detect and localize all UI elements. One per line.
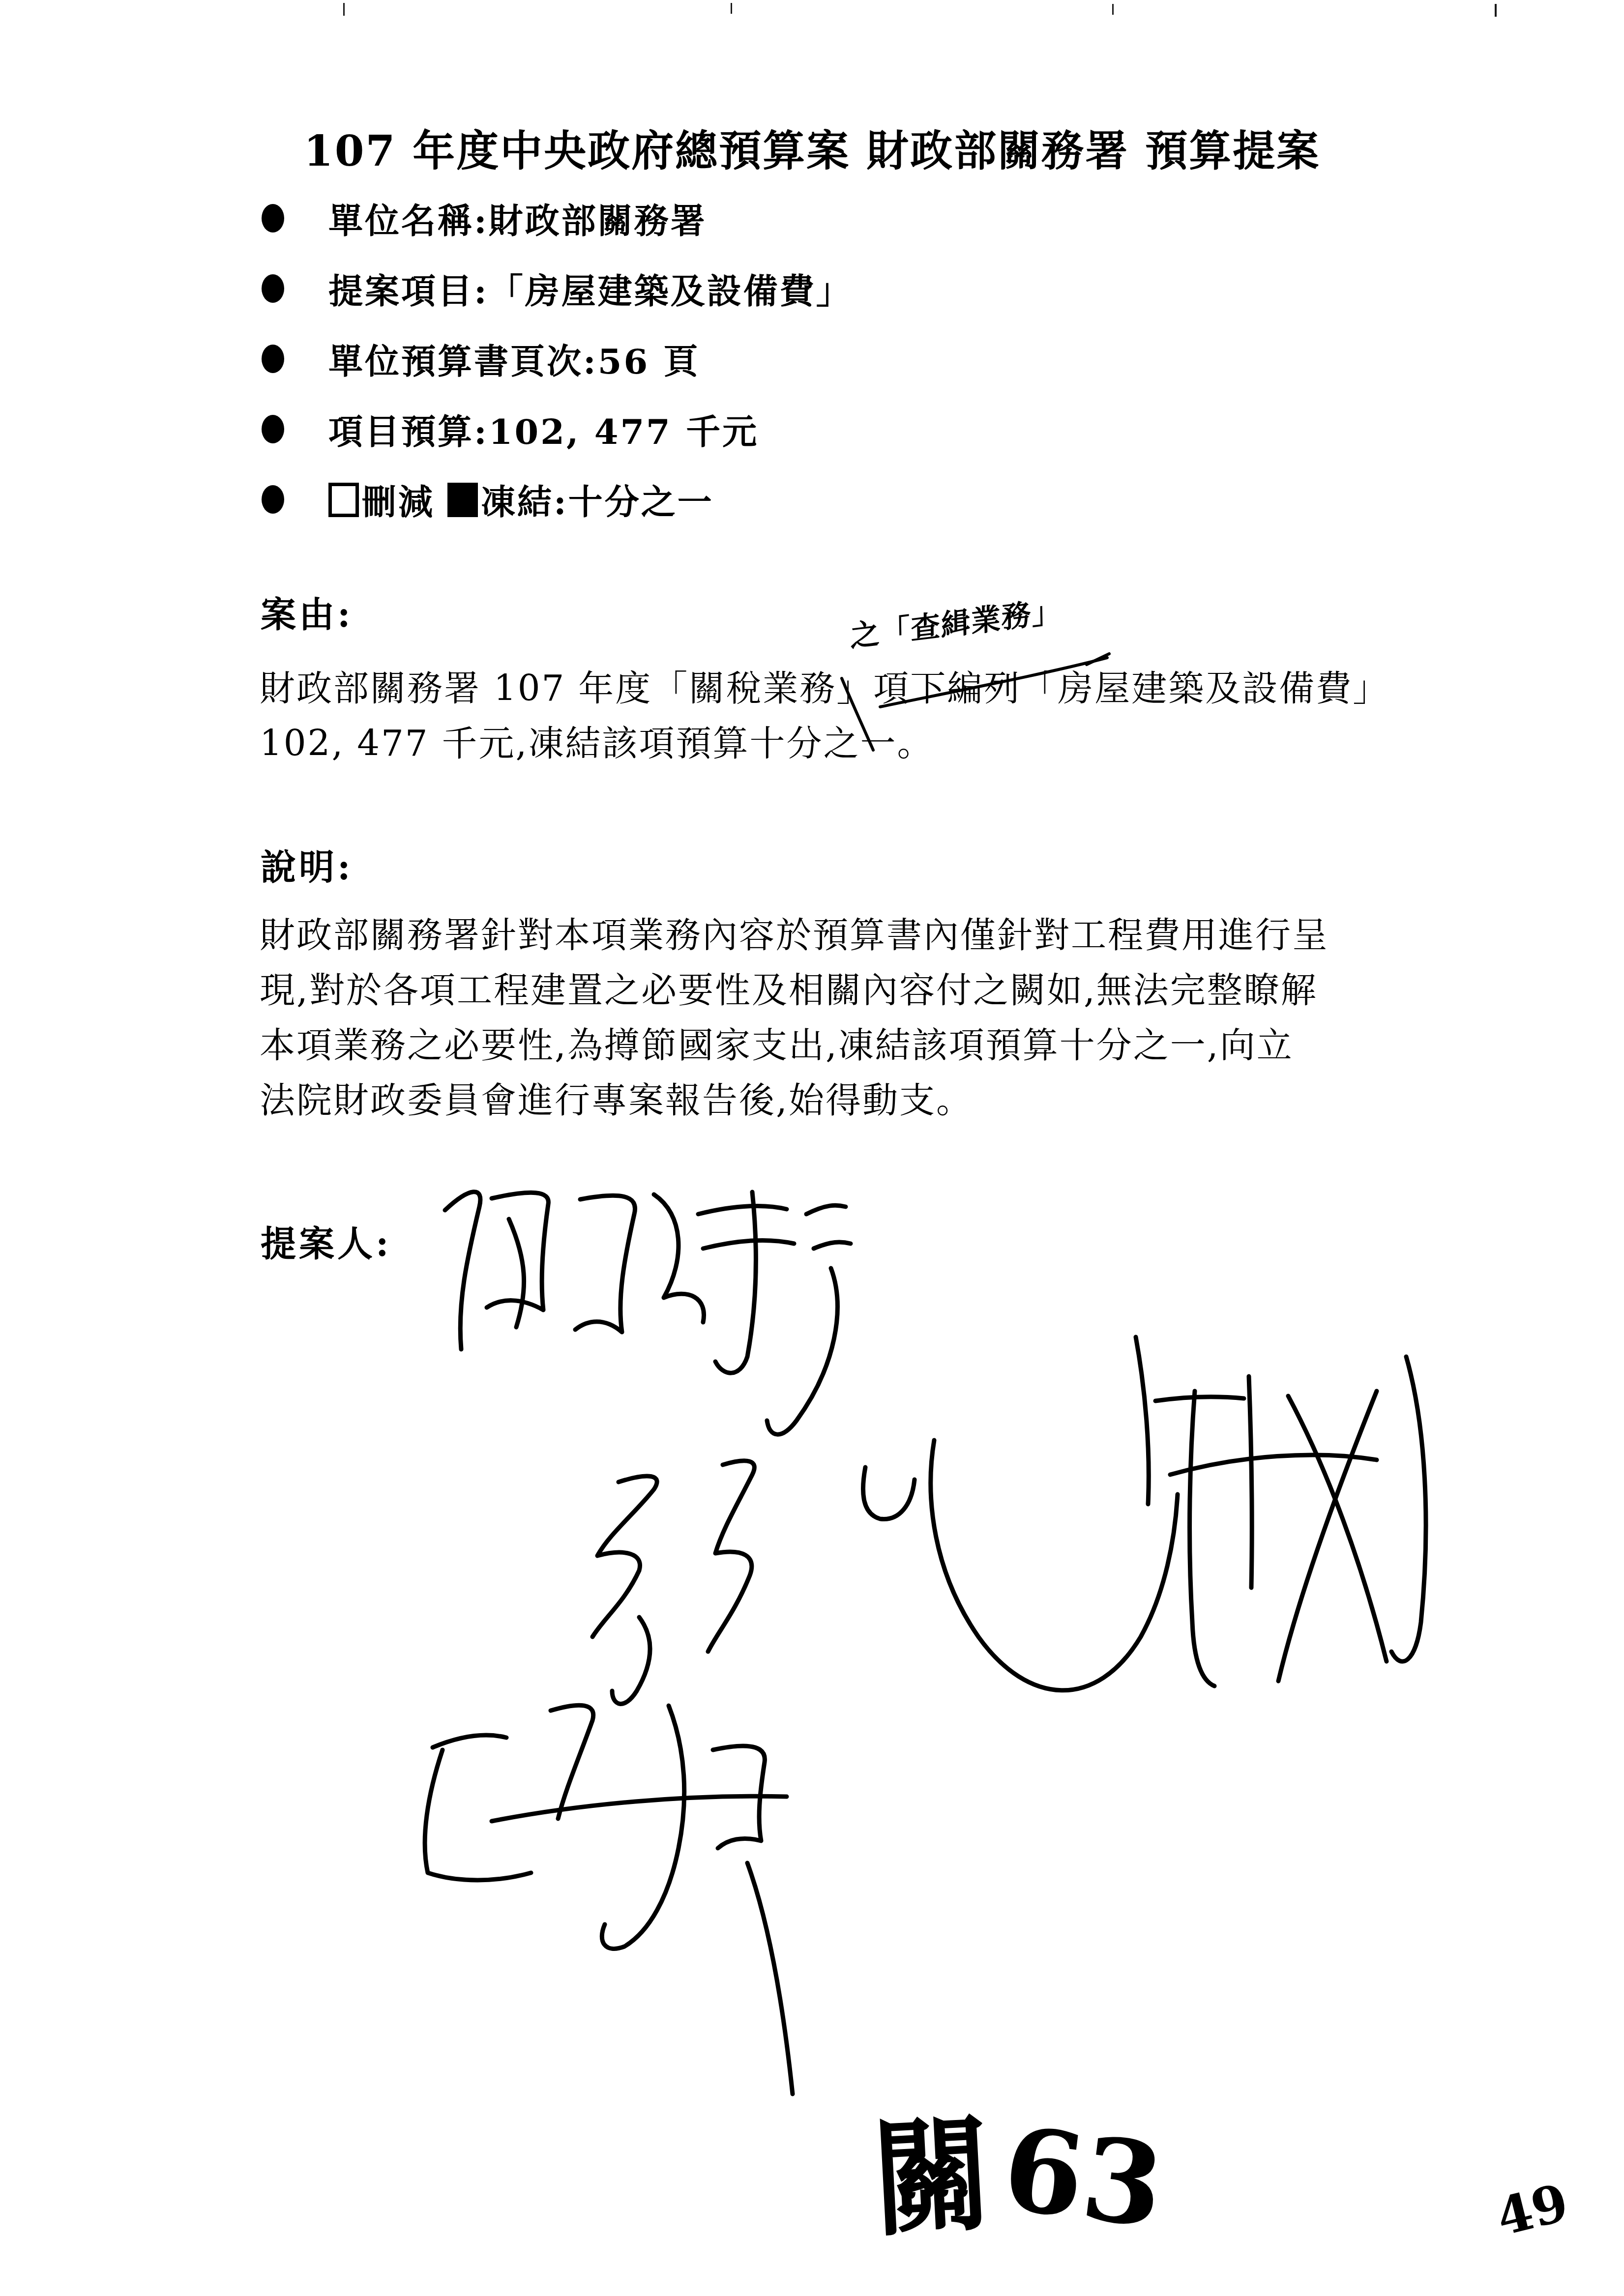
- signature-4: [425, 1705, 793, 2094]
- explanation-heading: 說明:: [261, 839, 354, 890]
- handwritten-stamp: 關 63: [873, 2083, 1163, 2251]
- bullet-item-budget-text: 項目預算:102, 477 千元: [328, 405, 759, 454]
- signature-1: [445, 1192, 851, 1435]
- stamp-number: 63: [997, 2101, 1171, 2253]
- case-heading: 案由:: [261, 586, 354, 637]
- delete-freeze-line: 刪減凍結:十分之一: [328, 475, 714, 524]
- case-paragraph: 財政部關務署 107 年度「關稅業務」項下編列「房屋建築及設備費」 102, 4…: [260, 661, 1389, 771]
- stamp-character: 關: [868, 2073, 994, 2261]
- freeze-label: 凍結:十分之一: [481, 482, 714, 523]
- document-page: 107 年度中央政府總預算案 財政部關務署 預算提案 單位名稱:財政部關務署 提…: [0, 0, 1624, 2296]
- bullet-budget-page-text: 單位預算書頁次:56 頁: [328, 334, 700, 384]
- bullet-budget-page: 單位預算書頁次:56 頁: [262, 341, 853, 377]
- explanation-line: 現,對於各項工程建置之必要性及相關內容付之闕如,無法完整瞭解: [260, 962, 1329, 1017]
- scan-artifact-tick: [1112, 4, 1114, 15]
- explanation-paragraph: 財政部關務署針對本項業務內容於預算書內僅針對工程費用進行呈 現,對於各項工程建置…: [260, 907, 1329, 1128]
- scan-artifact-tick: [343, 3, 345, 16]
- case-line: 財政部關務署 107 年度「關稅業務」項下編列「房屋建築及設備費」: [260, 661, 1389, 716]
- bullet-delete-freeze: 刪減凍結:十分之一: [262, 482, 853, 517]
- document-title: 107 年度中央政府總預算案 財政部關務署 預算提案: [0, 117, 1624, 178]
- scan-artifact-tick: [1495, 4, 1497, 17]
- bullet-icon: [262, 204, 284, 233]
- delete-label: 刪減: [362, 482, 435, 523]
- proposer-heading: 提案人:: [261, 1215, 392, 1266]
- explanation-line: 財政部關務署針對本項業務內容於預算書內僅針對工程費用進行呈: [260, 907, 1329, 962]
- bullet-icon: [262, 485, 284, 514]
- bullet-item-budget: 項目預算:102, 477 千元: [262, 411, 853, 447]
- bullet-icon: [262, 415, 284, 443]
- bullet-list: 單位名稱:財政部關務署 提案項目:「房屋建築及設備費」 單位預算書頁次:56 頁…: [262, 201, 853, 552]
- bullet-icon: [262, 345, 284, 373]
- freeze-checkbox-icon: [447, 483, 478, 517]
- bullet-proposal-item-text: 提案項目:「房屋建築及設備費」: [328, 264, 853, 314]
- delete-checkbox-icon: [328, 483, 359, 517]
- signature-3: [863, 1337, 1426, 1690]
- explanation-line: 法院財政委員會進行專案報告後,始得動支。: [260, 1073, 1329, 1128]
- case-line: 102, 477 千元,凍結該項預算十分之一。: [260, 716, 1389, 771]
- explanation-line: 本項業務之必要性,為撙節國家支出,凍結該項預算十分之一,向立: [260, 1017, 1329, 1073]
- scan-artifact-tick: [731, 3, 732, 14]
- bullet-icon: [262, 274, 284, 303]
- handwritten-page-number: 49: [1490, 2172, 1574, 2247]
- signature-2: [592, 1461, 754, 1704]
- bullet-unit-name-text: 單位名稱:財政部關務署: [328, 194, 707, 243]
- handwritten-insertion-note: 之「查緝業務」: [850, 587, 1062, 656]
- bullet-proposal-item: 提案項目:「房屋建築及設備費」: [262, 271, 853, 306]
- bullet-unit-name: 單位名稱:財政部關務署: [262, 201, 853, 236]
